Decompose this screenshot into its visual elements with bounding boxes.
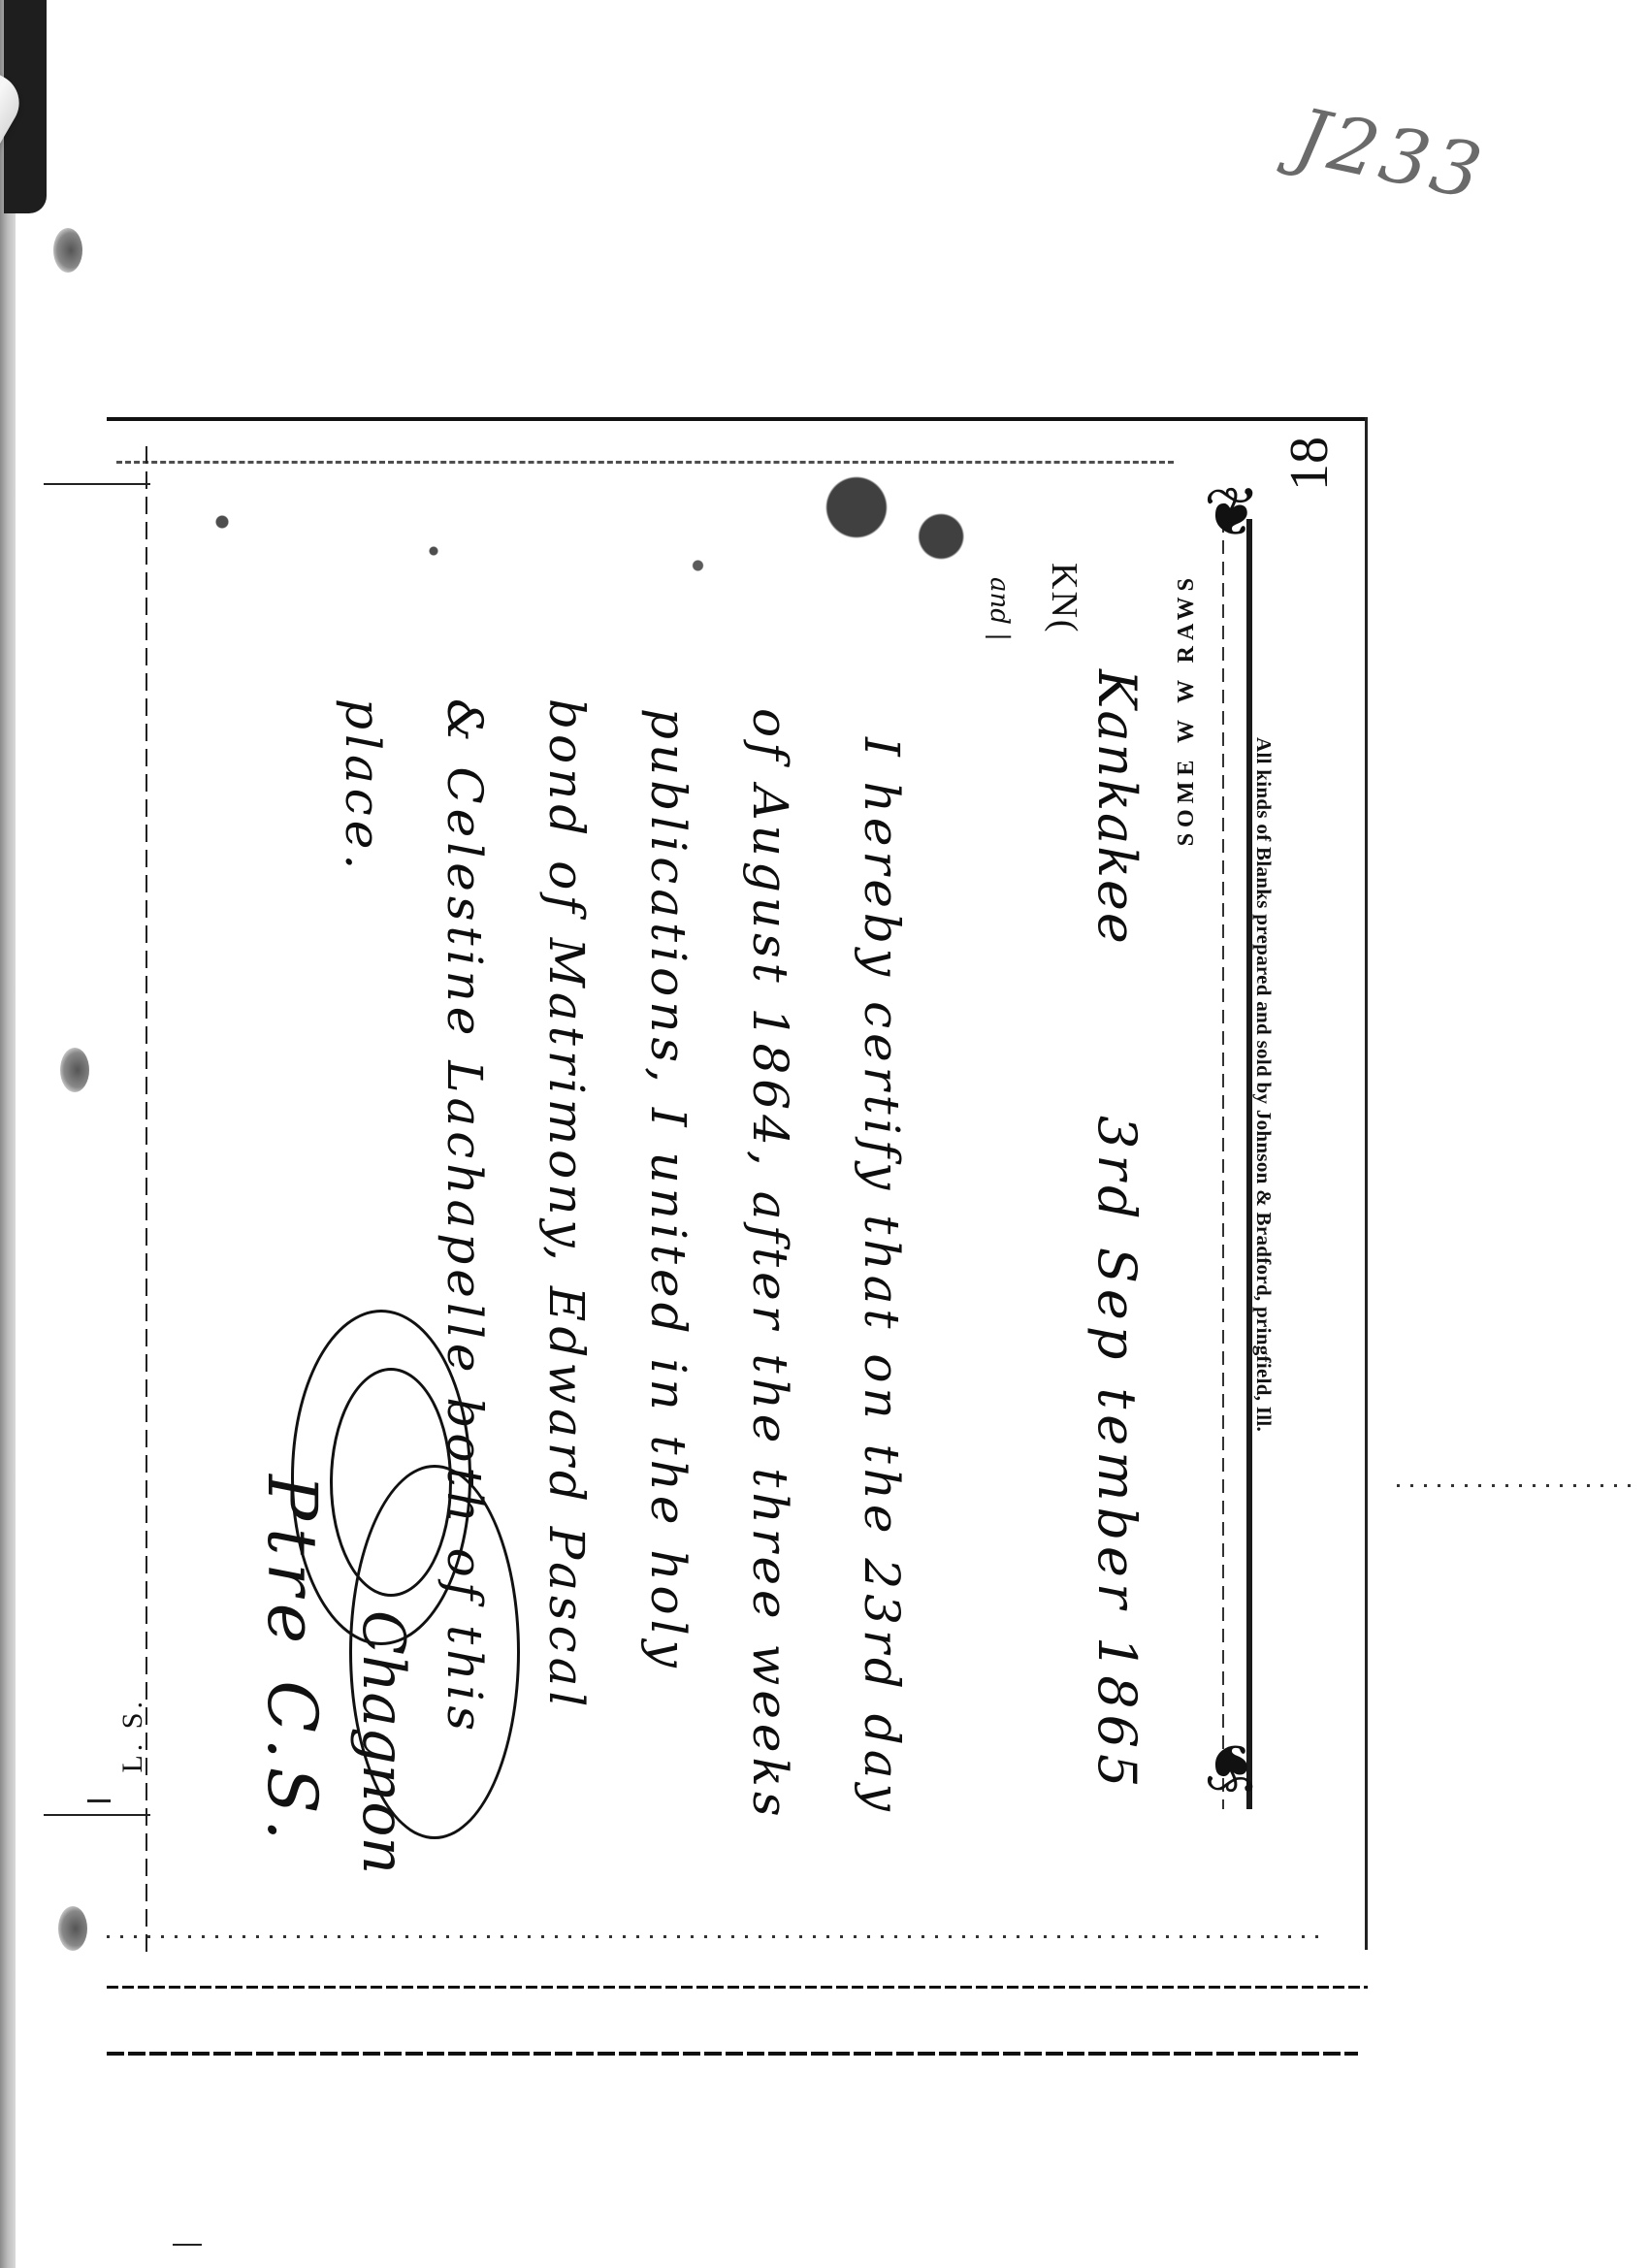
form-border-bottom: [107, 1986, 1368, 1989]
bottom-rule: [107, 2052, 1358, 2056]
stray-specks: [1397, 1484, 1639, 1487]
signature-title: Ptre C.S.: [252, 1474, 332, 1848]
punch-hole-bottom: [58, 1906, 87, 1951]
imprint-rule-thin: [1222, 519, 1224, 1809]
body-line: of August 1864, after the three weeks: [742, 708, 798, 1821]
punch-hole-top: [53, 228, 82, 273]
punch-hole-middle: [60, 1048, 89, 1092]
print-smudge: [116, 461, 1174, 609]
speck-row: [107, 1935, 1329, 1938]
form-border-top: [107, 417, 1368, 421]
margin-tick: [87, 1799, 111, 1802]
stamp-sub: and |: [985, 577, 1014, 641]
stamp-fragment: KN(: [1043, 563, 1085, 634]
place-written: Kankakee: [1086, 669, 1148, 946]
body-line: publications, I united in the holy: [640, 708, 696, 1672]
certificate-form: ❦ ❦ 18 All kinds of Blanks prepared and …: [107, 417, 1368, 2008]
margin-mark: [173, 2244, 202, 2246]
flourish-ornament-icon: ❦: [1198, 1727, 1266, 1804]
printer-imprint: All kinds of Blanks prepared and sold by…: [1251, 737, 1276, 1432]
date-written: 3rd Sep tember 1865: [1086, 1116, 1148, 1793]
scanner-edge: [0, 0, 16, 2268]
flourish-ornament-icon: ❦: [1198, 475, 1266, 553]
body-line: I hereby certify that on the 23rd day: [854, 737, 910, 1816]
seal-label: L. S.: [116, 1698, 149, 1773]
form-title-fragment: SOME W W RAWS: [1174, 572, 1200, 846]
page-number: 18: [1278, 437, 1341, 491]
body-line: bond of Matrimony, Edward Pascal: [538, 698, 595, 1711]
body-line: place.: [335, 698, 391, 874]
signature: Chagnon: [349, 1610, 417, 1874]
archive-note: J233: [1288, 93, 1493, 218]
form-border-right: [1365, 417, 1368, 1950]
